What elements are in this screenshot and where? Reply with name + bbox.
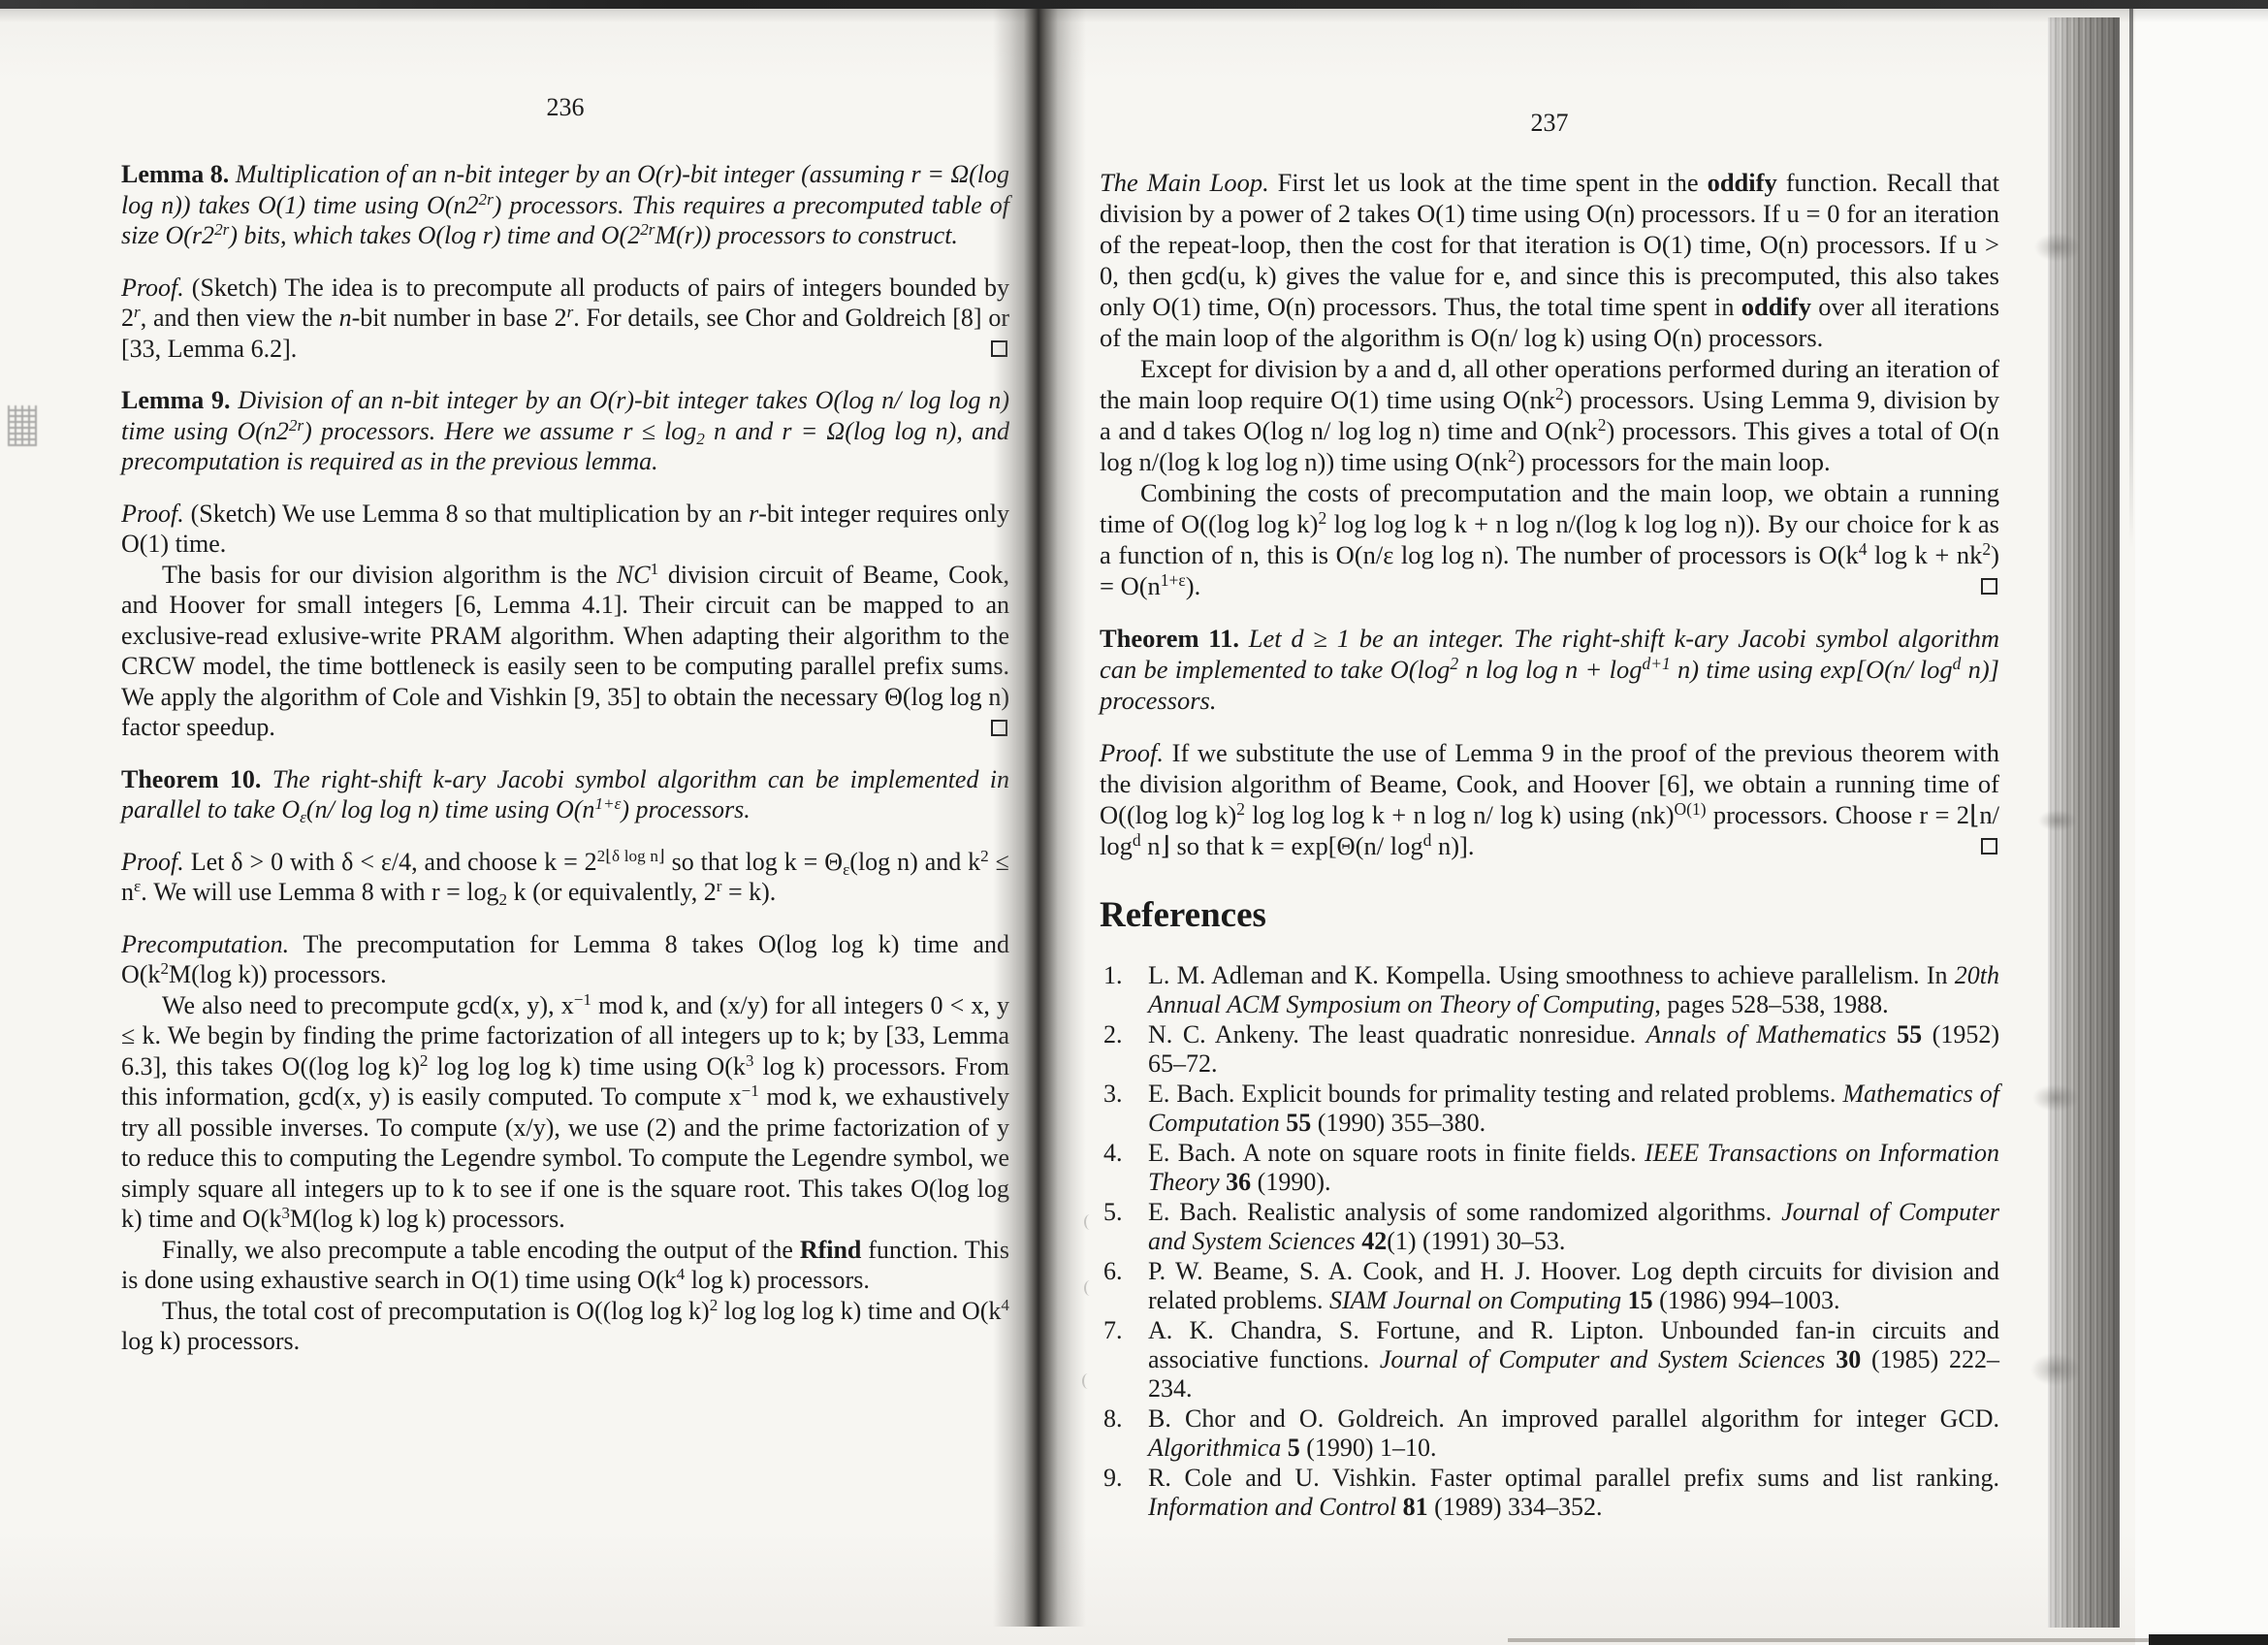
qed-square bbox=[1981, 838, 1997, 855]
page-left: 236 Lemma 8. Multiplication of an n-bit … bbox=[121, 93, 1009, 1357]
right-column: The Main Loop. First let us look at the … bbox=[1100, 167, 1999, 861]
edge-smudge bbox=[2030, 1353, 2081, 1386]
reference-item: 7.A. K. Chandra, S. Fortune, and R. Lipt… bbox=[1100, 1316, 1999, 1403]
scan-bottom-shadow bbox=[1508, 1638, 2153, 1642]
page-number-left: 236 bbox=[121, 93, 1009, 122]
reference-text: E. Bach. A note on square roots in finit… bbox=[1148, 1139, 1999, 1197]
combining-costs: Combining the costs of precomputation an… bbox=[1100, 477, 1999, 601]
book-spine-shadow bbox=[993, 9, 1086, 1627]
reference-number: 8. bbox=[1100, 1404, 1148, 1463]
main-loop: The Main Loop. First let us look at the … bbox=[1100, 167, 1999, 353]
precomputation-total: Thus, the total cost of precomputation i… bbox=[121, 1296, 1009, 1357]
reference-item: 1.L. M. Adleman and K. Kompella. Using s… bbox=[1100, 961, 1999, 1019]
edge-smudge bbox=[2034, 233, 2081, 262]
reference-number: 4. bbox=[1100, 1139, 1148, 1197]
precomputation-rfind: Finally, we also precompute a table enco… bbox=[121, 1235, 1009, 1296]
page-curl-line bbox=[2129, 6, 2133, 549]
scan-bottom-edge bbox=[2149, 1634, 2268, 1645]
edge-smudge bbox=[2038, 810, 2077, 831]
reference-number: 9. bbox=[1100, 1464, 1148, 1522]
reference-number: 1. bbox=[1100, 961, 1148, 1019]
reference-number: 6. bbox=[1100, 1257, 1148, 1315]
reference-number: 5. bbox=[1100, 1198, 1148, 1256]
scanned-book-spread: 236 Lemma 8. Multiplication of an n-bit … bbox=[0, 0, 2268, 1645]
proof-lemma-9: Proof. (Sketch) We use Lemma 8 so that m… bbox=[121, 499, 1009, 560]
scan-top-edge bbox=[0, 0, 2268, 9]
lemma-9: Lemma 9. Division of an n-bit integer by… bbox=[121, 385, 1009, 477]
reference-text: N. C. Ankeny. The least quadratic nonres… bbox=[1148, 1020, 1999, 1079]
precomputation-gcd: We also need to precompute gcd(x, y), x−… bbox=[121, 990, 1009, 1235]
reference-number: 3. bbox=[1100, 1080, 1148, 1138]
theorem-10: Theorem 10. The right-shift k-ary Jacobi… bbox=[121, 764, 1009, 825]
proof-theorem-11: Proof. If we substitute the use of Lemma… bbox=[1100, 737, 1999, 861]
reference-item: 6.P. W. Beame, S. A. Cook, and H. J. Hoo… bbox=[1100, 1257, 1999, 1315]
reference-item: 3.E. Bach. Explicit bounds for primality… bbox=[1100, 1080, 1999, 1138]
qed-square bbox=[1981, 578, 1997, 595]
reference-item: 2.N. C. Ankeny. The least quadratic nonr… bbox=[1100, 1020, 1999, 1079]
reference-item: 9.R. Cole and U. Vishkin. Faster optimal… bbox=[1100, 1464, 1999, 1522]
reference-text: R. Cole and U. Vishkin. Faster optimal p… bbox=[1148, 1464, 1999, 1522]
main-loop-operations: Except for division by a and d, all othe… bbox=[1100, 353, 1999, 477]
references-list: 1.L. M. Adleman and K. Kompella. Using s… bbox=[1100, 961, 1999, 1522]
reference-number: 7. bbox=[1100, 1316, 1148, 1403]
left-column: Lemma 8. Multiplication of an n-bit inte… bbox=[121, 159, 1009, 1357]
reference-item: 4.E. Bach. A note on square roots in fin… bbox=[1100, 1139, 1999, 1197]
page-right: 237 The Main Loop. First let us look at … bbox=[1100, 109, 1999, 1523]
reference-text: B. Chor and O. Goldreich. An improved pa… bbox=[1148, 1404, 1999, 1463]
reference-text: A. K. Chandra, S. Fortune, and R. Lipton… bbox=[1148, 1316, 1999, 1403]
lemma-8: Lemma 8. Multiplication of an n-bit inte… bbox=[121, 159, 1009, 251]
page-number-right: 237 bbox=[1100, 109, 1999, 138]
edge-smudge bbox=[2032, 1084, 2079, 1112]
reference-text: L. M. Adleman and K. Kompella. Using smo… bbox=[1148, 961, 1999, 1019]
proof-theorem-10: Proof. Let δ > 0 with δ < ε/4, and choos… bbox=[121, 847, 1009, 908]
proof-lemma-9-continued: The basis for our division algorithm is … bbox=[121, 560, 1009, 743]
reference-number: 2. bbox=[1100, 1020, 1148, 1079]
stamp-mark bbox=[8, 405, 37, 446]
reference-text: E. Bach. Explicit bounds for primality t… bbox=[1148, 1080, 1999, 1138]
reference-text: P. W. Beame, S. A. Cook, and H. J. Hoove… bbox=[1148, 1257, 1999, 1315]
references-heading: References bbox=[1100, 894, 1999, 936]
theorem-11: Theorem 11. Let d ≥ 1 be an integer. The… bbox=[1100, 623, 1999, 716]
reference-text: E. Bach. Realistic analysis of some rand… bbox=[1148, 1198, 1999, 1256]
reference-item: 8.B. Chor and O. Goldreich. An improved … bbox=[1100, 1404, 1999, 1463]
scan-top-edge-fade bbox=[0, 9, 2268, 22]
scan-right-margin bbox=[2135, 0, 2268, 1645]
precomputation: Precomputation. The precomputation for L… bbox=[121, 929, 1009, 990]
reference-item: 5.E. Bach. Realistic analysis of some ra… bbox=[1100, 1198, 1999, 1256]
proof-lemma-8: Proof. (Sketch) The idea is to precomput… bbox=[121, 273, 1009, 365]
